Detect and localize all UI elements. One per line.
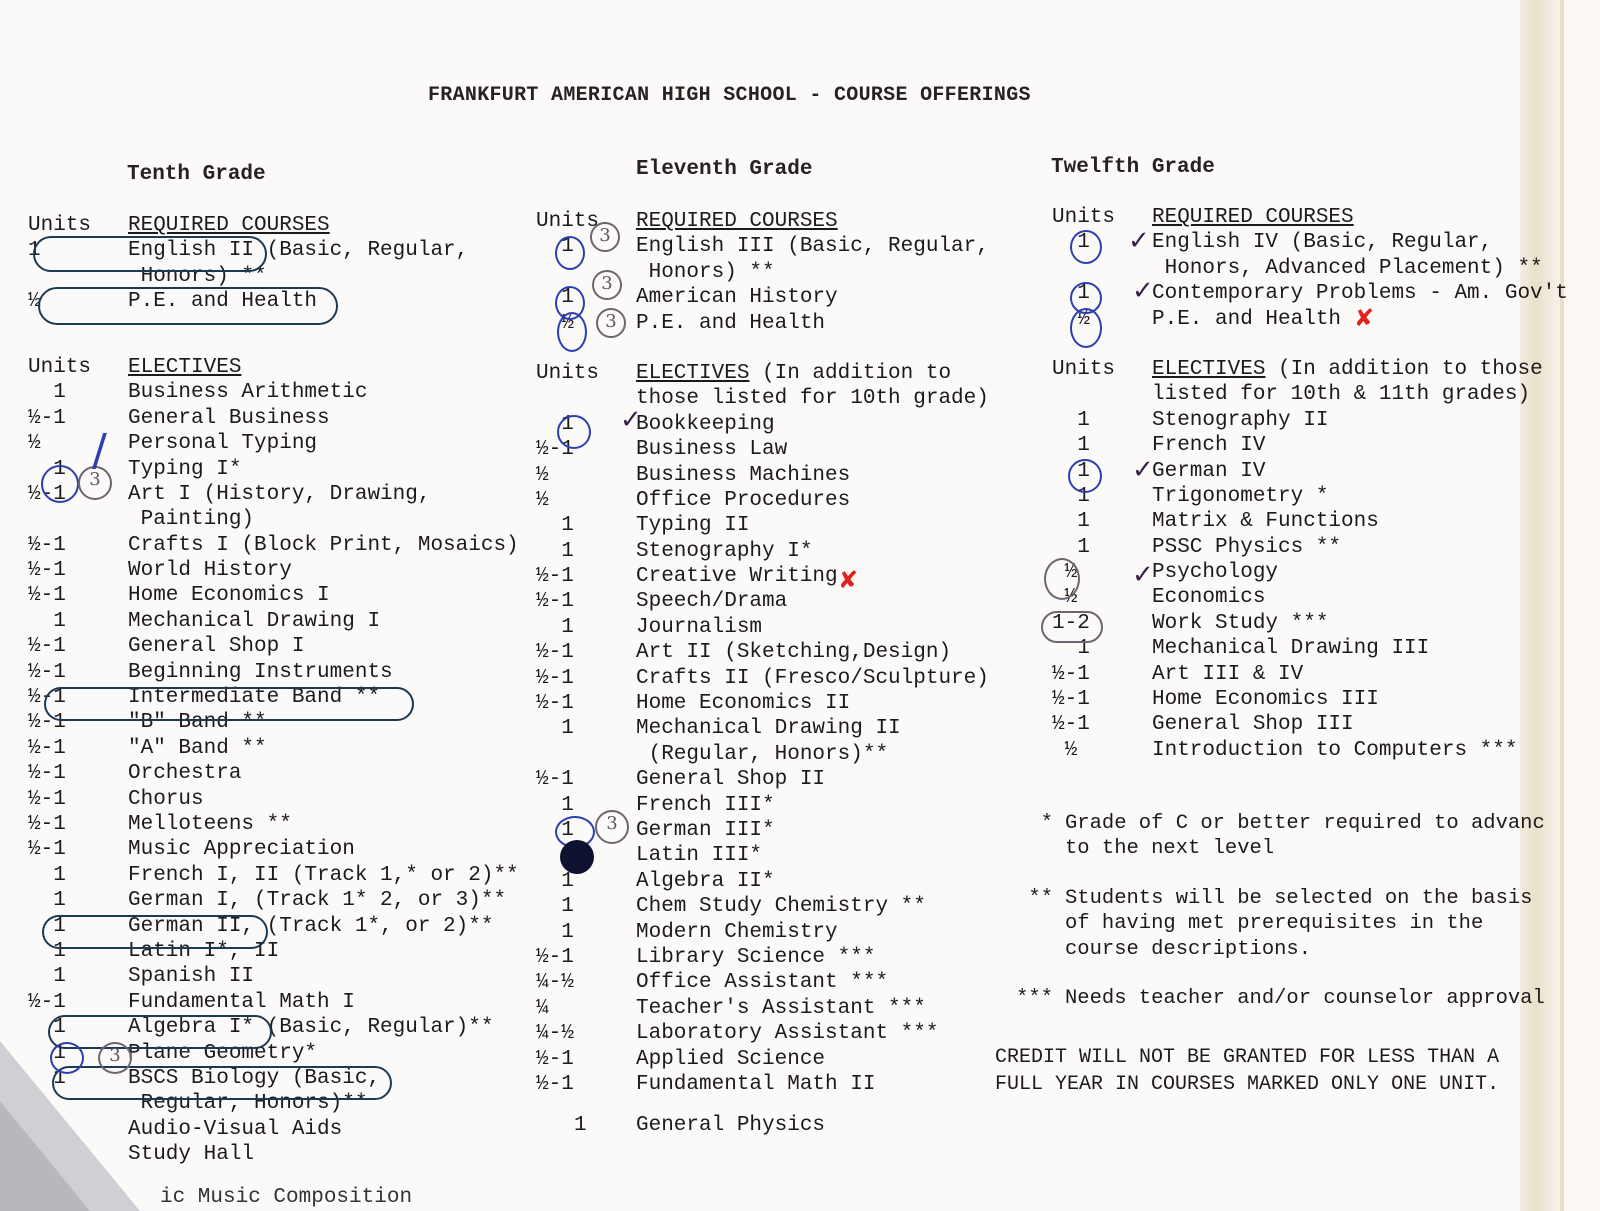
units: 1 — [28, 939, 128, 964]
units: ½ — [536, 463, 636, 488]
course: English III (Basic, Regular, — [636, 234, 989, 259]
eleventh-grade-column: Units REQUIRED COURSES 1English III (Bas… — [536, 209, 1006, 1139]
ink-blot — [560, 840, 594, 874]
units: 1 — [536, 234, 636, 259]
list-item: 1Algebra II* — [536, 869, 1006, 894]
course: Intermediate Band ** — [128, 685, 380, 710]
units: 1 — [1052, 408, 1152, 433]
units-header: Units — [536, 361, 636, 386]
list-item: 1German I, (Track 1* 2, or 3)** — [28, 888, 548, 913]
eleventh-grade-heading: Eleventh Grade — [636, 158, 812, 181]
course: (Regular, Honors)** — [636, 742, 888, 767]
course: German II, (Track 1*, or 2)** — [128, 914, 493, 939]
course: Beginning Instruments — [128, 660, 393, 685]
units: ½ — [536, 488, 636, 513]
tenth-grade-heading: Tenth Grade — [127, 163, 266, 186]
course: Stenography I* — [636, 539, 812, 564]
list-item: ½P.E. and Health — [28, 289, 548, 314]
course: American History — [636, 285, 838, 310]
course: Personal Typing — [128, 431, 317, 456]
tenth-grade-column: Units REQUIRED COURSES 1English II (Basi… — [28, 213, 548, 1167]
course: French III* — [636, 793, 775, 818]
units: ½-1 — [28, 482, 128, 507]
course: Latin III* — [636, 843, 762, 868]
units: ½-1 — [28, 634, 128, 659]
units: 1 — [536, 513, 636, 538]
units: 1 — [28, 380, 128, 405]
electives-list: 1Stenography II 1French IV 1German IV 1T… — [1052, 408, 1572, 763]
course: Business Arithmetic — [128, 380, 367, 405]
course: Typing I* — [128, 457, 241, 482]
course: General Shop III — [1152, 712, 1354, 737]
list-item: ½-1World History — [28, 558, 548, 583]
units: 1 — [1052, 535, 1152, 560]
required-list: 1English III (Basic, Regular, Honors) **… — [536, 234, 1006, 336]
list-item: 1Modern Chemistry — [536, 920, 1006, 945]
list-item: ¼Teacher's Assistant *** — [536, 996, 1006, 1021]
list-item: ½-1Home Economics II — [536, 691, 1006, 716]
units: ½-1 — [28, 583, 128, 608]
course: Plane Geometry* — [128, 1041, 317, 1066]
list-item: 1English II (Basic, Regular, — [28, 238, 548, 263]
units: ½-1 — [28, 533, 128, 558]
course: Chorus — [128, 787, 204, 812]
list-item: 1French IV — [1052, 433, 1572, 458]
units-header: Units — [28, 213, 128, 238]
units: ½ — [28, 431, 128, 456]
list-item: 1Spanish II — [28, 964, 548, 989]
course: Latin I*, II — [128, 939, 279, 964]
units: ½-1 — [536, 589, 636, 614]
units: ½-1 — [536, 767, 636, 792]
units: ½-1 — [28, 736, 128, 761]
course: Mechanical Drawing III — [1152, 636, 1429, 661]
units: ½-1 — [1052, 662, 1152, 687]
document-page: FRANKFURT AMERICAN HIGH SCHOOL - COURSE … — [0, 0, 1564, 1211]
list-item: ½-1Art III & IV — [1052, 662, 1572, 687]
electives-note: (In addition to those — [1265, 358, 1542, 381]
list-item: 1Bookkeeping — [536, 412, 1006, 437]
list-item: ½-1Crafts I (Block Print, Mosaics) — [28, 533, 548, 558]
list-item: ½-1Home Economics III — [1052, 687, 1572, 712]
units: 1 — [1052, 636, 1152, 661]
required-courses-header: REQUIRED COURSES — [1152, 205, 1354, 230]
course: Economics — [1152, 585, 1265, 610]
course: Introduction to Computers *** — [1152, 738, 1517, 763]
units: 1 — [1052, 484, 1152, 509]
course: Fundamental Math II — [636, 1072, 875, 1097]
list-item: Honors) ** — [28, 264, 548, 289]
units: ½-1 — [536, 945, 636, 970]
course: Library Science *** — [636, 945, 875, 970]
units: 1 — [28, 238, 128, 263]
course: Painting) — [128, 507, 254, 532]
twelfth-grade-heading: Twelfth Grade — [1051, 156, 1215, 179]
list-item: ¼-½Laboratory Assistant *** — [536, 1021, 1006, 1046]
list-item: 1-2Work Study *** — [1052, 611, 1572, 636]
units — [28, 264, 128, 289]
list-item: ½-1Home Economics I — [28, 583, 548, 608]
course: Study Hall — [128, 1142, 254, 1167]
units: ½-1 — [536, 1047, 636, 1072]
units: ½ — [536, 311, 636, 336]
course: Bookkeeping — [636, 412, 775, 437]
course: Speech/Drama — [636, 589, 787, 614]
list-item: ½-1Crafts II (Fresco/Sculpture) — [536, 666, 1006, 691]
course: General Shop II — [636, 767, 825, 792]
list-item: ½Office Procedures — [536, 488, 1006, 513]
credit-notice: CREDIT WILL NOT BE GRANTED FOR LESS THAN… — [995, 1044, 1499, 1098]
course: Stenography II — [1152, 408, 1328, 433]
list-item: ½-1General Shop II — [536, 767, 1006, 792]
list-item: ½-1General Shop III — [1052, 712, 1572, 737]
course: Trigonometry * — [1152, 484, 1328, 509]
check-mark-icon: / — [92, 425, 107, 476]
list-item: 1Matrix & Functions — [1052, 509, 1572, 534]
units: ½ — [1052, 307, 1152, 332]
units: 1 — [28, 888, 128, 913]
electives-header: Units ELECTIVES (In addition to those — [1052, 357, 1572, 382]
list-item: 1PSSC Physics ** — [1052, 535, 1572, 560]
list-item: ½-1Fundamental Math I — [28, 990, 548, 1015]
list-item: 1German II, (Track 1*, or 2)** — [28, 914, 548, 939]
list-item: ½-1Library Science *** — [536, 945, 1006, 970]
electives-header-label: ELECTIVES — [636, 362, 749, 385]
electives-list: 1Bookkeeping½-1Business Law½Business Mac… — [536, 412, 1006, 1098]
units: ½-1 — [536, 437, 636, 462]
course: Chem Study Chemistry ** — [636, 894, 926, 919]
course: "A" Band ** — [128, 736, 267, 761]
units: 1 — [536, 818, 636, 843]
units: 1 — [28, 609, 128, 634]
footnote-text: Needs teacher and/or counselor approval — [1065, 986, 1545, 1011]
units: 1 — [536, 894, 636, 919]
units: 1 — [536, 1113, 636, 1138]
list-item: Painting) — [28, 507, 548, 532]
units: ½-1 — [28, 660, 128, 685]
required-courses-header: REQUIRED COURSES — [636, 209, 838, 234]
footnotes: * Grade of C or better required to advan… — [995, 811, 1545, 1035]
course: Psychology — [1152, 560, 1278, 585]
course: Business Machines — [636, 463, 850, 488]
required-list: 1English II (Basic, Regular, Honors) **½… — [28, 238, 548, 314]
units-header: Units — [536, 209, 636, 234]
list-item: ¼-½Office Assistant *** — [536, 970, 1006, 995]
units: ½-1 — [536, 1072, 636, 1097]
electives-header-label: ELECTIVES — [128, 355, 241, 380]
list-item: ½Psychology — [1052, 560, 1572, 585]
footnote-mark: * — [995, 811, 1065, 862]
units: ½-1 — [1052, 712, 1152, 737]
footnote-text: Students will be selected on the basis o… — [1065, 886, 1532, 962]
red-x-mark-icon: ✘ — [838, 566, 858, 594]
check-mark-icon: ✓ — [1128, 226, 1150, 256]
course: German IV — [1152, 459, 1265, 484]
units: ½-1 — [536, 640, 636, 665]
required-header: Units REQUIRED COURSES — [536, 209, 1006, 234]
units: 1 — [28, 457, 128, 482]
list-item: 1German IV — [1052, 459, 1572, 484]
units: ½-1 — [28, 685, 128, 710]
list-item: 1Stenography I* — [536, 539, 1006, 564]
list-item: ½-1Orchestra — [28, 761, 548, 786]
electives-header-cont: listed for 10th & 11th grades) — [1052, 382, 1572, 407]
units: ½-1 — [28, 710, 128, 735]
course: Applied Science — [636, 1047, 825, 1072]
units: 1 — [536, 285, 636, 310]
list-item: 1Trigonometry * — [1052, 484, 1572, 509]
course: Creative Writing — [636, 564, 838, 589]
course: Work Study *** — [1152, 611, 1328, 636]
course: Office Procedures — [636, 488, 850, 513]
course: Mechanical Drawing II — [636, 716, 901, 741]
units: 1 — [536, 716, 636, 741]
list-item: ½P.E. and Health — [536, 311, 1006, 336]
course: Modern Chemistry — [636, 920, 838, 945]
course: Algebra II* — [636, 869, 775, 894]
units: ½-1 — [28, 787, 128, 812]
course: Fundamental Math I — [128, 990, 355, 1015]
units: ½-1 — [28, 812, 128, 837]
units: 1 — [28, 914, 128, 939]
course: General Business — [128, 406, 330, 431]
course: Art I (History, Drawing, — [128, 482, 430, 507]
list-item: ½P.E. and Health — [1052, 307, 1572, 332]
units: 1 — [1052, 509, 1152, 534]
cut-off-text: ic Music Composition — [160, 1186, 412, 1209]
electives-note: (In addition to — [749, 362, 951, 385]
footnote-text: Grade of C or better required to advanc … — [1065, 811, 1545, 862]
electives-header-cont: those listed for 10th grade) — [536, 386, 1006, 411]
units: 1 — [28, 863, 128, 888]
list-item: 1Journalism — [536, 615, 1006, 640]
units — [536, 742, 636, 767]
course: English IV (Basic, Regular, — [1152, 230, 1492, 255]
course: General Shop I — [128, 634, 304, 659]
units — [536, 260, 636, 285]
list-item: ½-1Art II (Sketching,Design) — [536, 640, 1006, 665]
units: ½-1 — [536, 666, 636, 691]
footnote-mark: *** — [995, 986, 1065, 1011]
units: 1 — [536, 615, 636, 640]
course: Crafts II (Fresco/Sculpture) — [636, 666, 989, 691]
list-item: 1German III* — [536, 818, 1006, 843]
footnote-mark: ** — [995, 886, 1065, 962]
red-x-mark-icon: ✘ — [1354, 304, 1374, 332]
list-item: 1 General Physics — [536, 1113, 1006, 1138]
list-item: 1Chem Study Chemistry ** — [536, 894, 1006, 919]
list-item: ½-1General Shop I — [28, 634, 548, 659]
course: Honors) ** — [636, 260, 775, 285]
course: Honors, Advanced Placement) ** — [1152, 256, 1543, 281]
course: Art II (Sketching,Design) — [636, 640, 951, 665]
list-item: 1French I, II (Track 1,* or 2)** — [28, 863, 548, 888]
list-item: ½-1Melloteens ** — [28, 812, 548, 837]
course: German III* — [636, 818, 775, 843]
units: ¼-½ — [536, 970, 636, 995]
list-item: ½-1Creative Writing — [536, 564, 1006, 589]
list-item: ½-1Intermediate Band ** — [28, 685, 548, 710]
course: English II (Basic, Regular, — [128, 238, 468, 263]
course: Journalism — [636, 615, 762, 640]
units: ½-1 — [28, 761, 128, 786]
list-item: ½-1"B" Band ** — [28, 710, 548, 735]
spacer — [28, 315, 548, 340]
course: Algebra I* (Basic, Regular)** — [128, 1015, 493, 1040]
course: World History — [128, 558, 292, 583]
list-item: ½-1Applied Science — [536, 1047, 1006, 1072]
units: 1 — [28, 1015, 128, 1040]
units: ½ — [28, 289, 128, 314]
units: ½-1 — [28, 406, 128, 431]
course: Orchestra — [128, 761, 241, 786]
course: Audio-Visual Aids — [128, 1117, 342, 1142]
units: ½-1 — [1052, 687, 1152, 712]
course: Home Economics I — [128, 583, 330, 608]
course: French I, II (Track 1,* or 2)** — [128, 863, 519, 888]
list-item: 1Algebra I* (Basic, Regular)** — [28, 1015, 548, 1040]
list-item: ½-1Speech/Drama — [536, 589, 1006, 614]
course: General Physics — [636, 1113, 825, 1138]
course: Typing II — [636, 513, 749, 538]
units: ½-1 — [28, 837, 128, 862]
list-item: ½-1Chorus — [28, 787, 548, 812]
list-item: 1Contemporary Problems - Am. Gov't — [1052, 281, 1572, 306]
required-courses-header: REQUIRED COURSES — [128, 213, 330, 238]
units: 1-2 — [1052, 611, 1152, 636]
list-item: 1American History — [536, 285, 1006, 310]
list-item: Honors, Advanced Placement) ** — [1052, 256, 1572, 281]
list-item: (Regular, Honors)** — [536, 742, 1006, 767]
course: Regular, Honors)** — [128, 1091, 367, 1116]
list-item: ½-1Art I (History, Drawing, — [28, 482, 548, 507]
course: Music Appreciation — [128, 837, 355, 862]
course: Matrix & Functions — [1152, 509, 1379, 534]
units — [28, 507, 128, 532]
check-mark-icon: ✓ — [1132, 560, 1154, 590]
list-item: ½-1Music Appreciation — [28, 837, 548, 862]
check-mark-icon: ✓ — [1132, 276, 1154, 306]
footnote-single-asterisk: * Grade of C or better required to advan… — [995, 811, 1545, 862]
list-item: 1Typing II — [536, 513, 1006, 538]
list-item: 1Mechanical Drawing I — [28, 609, 548, 634]
course: Business Law — [636, 437, 787, 462]
list-item: ½-1Fundamental Math II — [536, 1072, 1006, 1097]
list-item: ½-1Beginning Instruments — [28, 660, 548, 685]
list-item: 1Mechanical Drawing II — [536, 716, 1006, 741]
units: ¼-½ — [536, 1021, 636, 1046]
twelfth-grade-column: Units REQUIRED COURSES 1English IV (Basi… — [1052, 205, 1572, 763]
course: German I, (Track 1* 2, or 3)** — [128, 888, 506, 913]
units: 1 — [536, 539, 636, 564]
units: ½-1 — [28, 990, 128, 1015]
course: "B" Band ** — [128, 710, 267, 735]
list-item: 1English III (Basic, Regular, — [536, 234, 1006, 259]
list-item: 1Business Arithmetic — [28, 380, 548, 405]
course: French IV — [1152, 433, 1265, 458]
units: ½-1 — [536, 691, 636, 716]
course: BSCS Biology (Basic, — [128, 1066, 380, 1091]
course: P.E. and Health — [128, 289, 317, 314]
list-item: 1Latin I*, II — [28, 939, 548, 964]
course: P.E. and Health — [1152, 307, 1341, 332]
course: Art III & IV — [1152, 662, 1303, 687]
course: Home Economics II — [636, 691, 850, 716]
list-item: Honors) ** — [536, 260, 1006, 285]
list-item: 1Stenography II — [1052, 408, 1572, 433]
list-item: ½-1"A" Band ** — [28, 736, 548, 761]
units: ½-1 — [28, 558, 128, 583]
course: Contemporary Problems - Am. Gov't — [1152, 281, 1568, 306]
course: Crafts I (Block Print, Mosaics) — [128, 533, 519, 558]
list-item: 1Mechanical Drawing III — [1052, 636, 1572, 661]
list-item: 1French III* — [536, 793, 1006, 818]
footnote-triple-asterisk: *** Needs teacher and/or counselor appro… — [995, 986, 1545, 1011]
course: Honors) ** — [128, 264, 267, 289]
electives-header-label: ELECTIVES — [1152, 358, 1265, 381]
units: ¼ — [536, 996, 636, 1021]
units: 1 — [536, 793, 636, 818]
course: PSSC Physics ** — [1152, 535, 1341, 560]
course: Laboratory Assistant *** — [636, 1021, 938, 1046]
units: 1 — [28, 964, 128, 989]
course: Home Economics III — [1152, 687, 1379, 712]
course: P.E. and Health — [636, 311, 825, 336]
units: 1 — [536, 920, 636, 945]
units: ½ — [1052, 738, 1152, 763]
electives-header: Units ELECTIVES (In addition to — [536, 361, 1006, 386]
course: Office Assistant *** — [636, 970, 888, 995]
units-header: Units — [1052, 357, 1152, 382]
course: Melloteens ** — [128, 812, 292, 837]
required-header: Units REQUIRED COURSES — [28, 213, 548, 238]
electives-header: Units ELECTIVES — [28, 355, 548, 380]
course: Mechanical Drawing I — [128, 609, 380, 634]
check-mark-icon: ✓ — [620, 405, 642, 435]
list-item: ½Business Machines — [536, 463, 1006, 488]
units: ½-1 — [536, 564, 636, 589]
course: Spanish II — [128, 964, 254, 989]
units-header: Units — [28, 355, 128, 380]
list-item: ½-1Business Law — [536, 437, 1006, 462]
page-title: FRANKFURT AMERICAN HIGH SCHOOL - COURSE … — [428, 84, 1031, 107]
units: 1 — [536, 869, 636, 894]
list-item: ½Economics — [1052, 585, 1572, 610]
list-item: ½Introduction to Computers *** — [1052, 738, 1572, 763]
check-mark-icon: ✓ — [1132, 455, 1154, 485]
page-fold-shadow — [0, 1101, 90, 1211]
course: Teacher's Assistant *** — [636, 996, 926, 1021]
list-item: 1Latin III* — [536, 843, 1006, 868]
footnote-double-asterisk: ** Students will be selected on the basi… — [995, 886, 1545, 962]
